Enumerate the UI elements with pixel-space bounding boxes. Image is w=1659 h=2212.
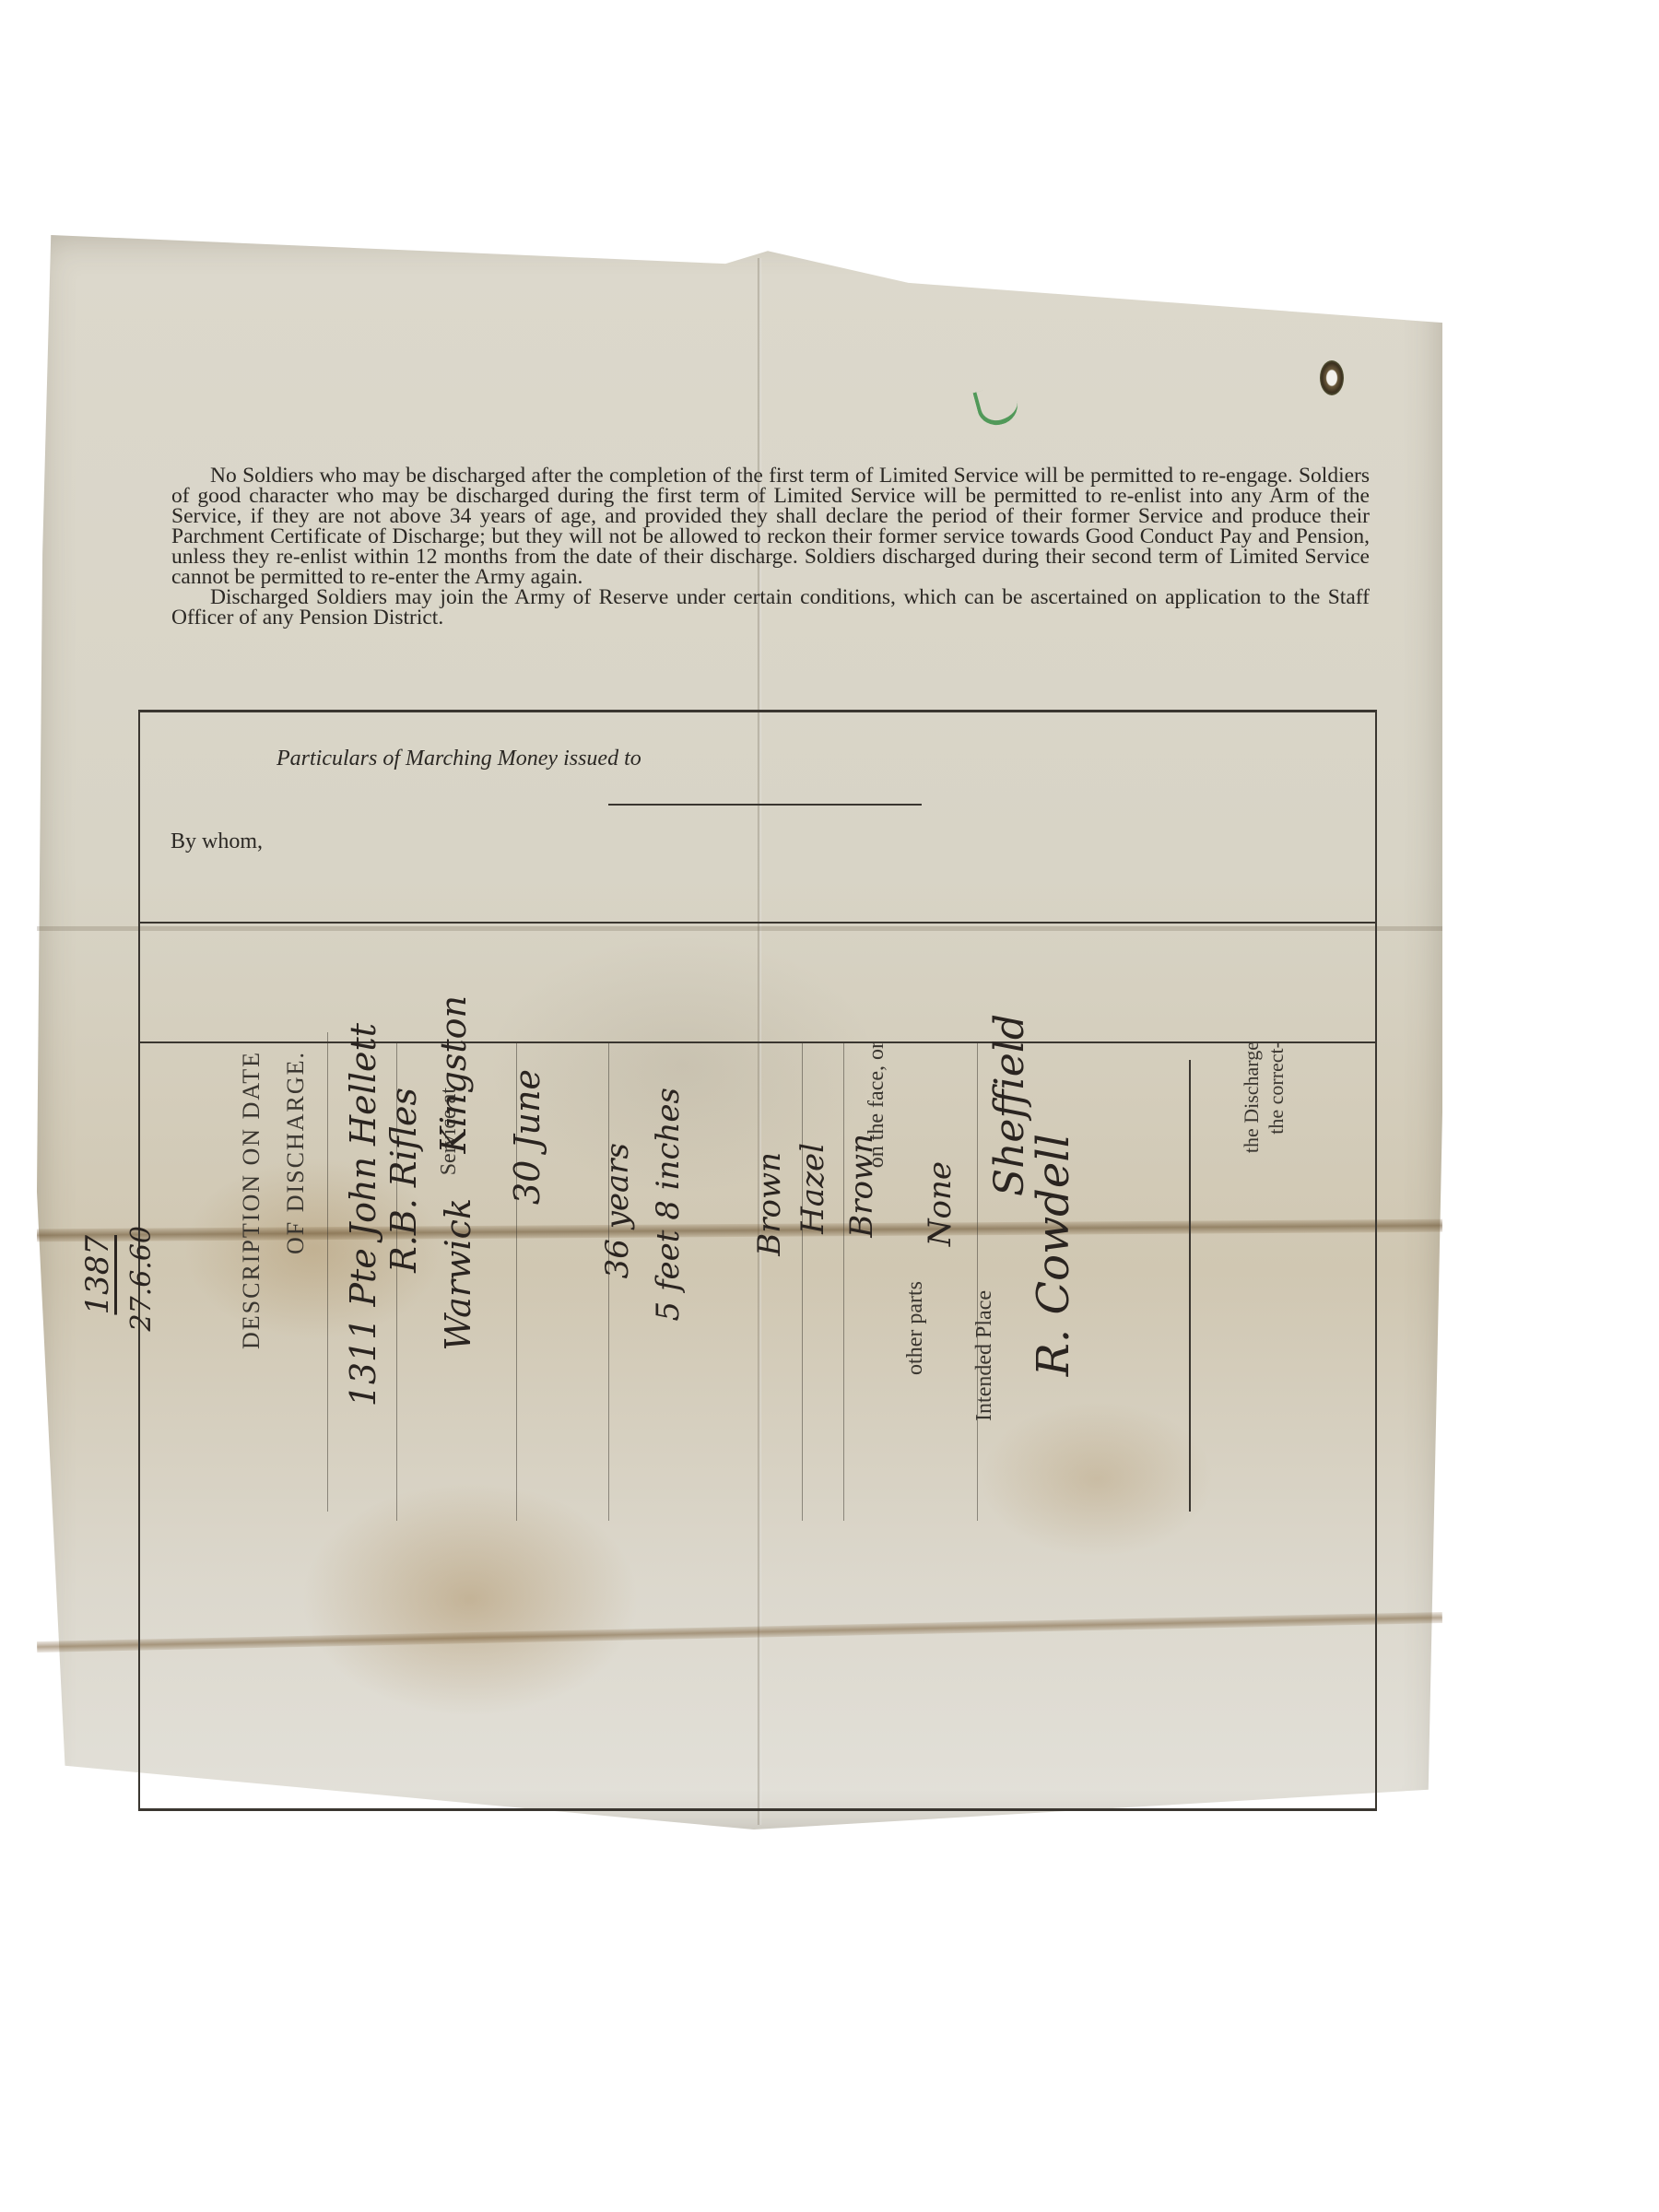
by-whom-label: By whom, xyxy=(171,829,263,854)
handwritten-margin-number: 1387 xyxy=(79,1235,116,1315)
correct-label: the correct- xyxy=(1265,1041,1288,1135)
form-border-box xyxy=(138,710,1377,1811)
marching-money-underline xyxy=(608,804,922,806)
other-parts-label: other parts xyxy=(903,1281,928,1375)
handwritten-height: 5 feet 8 inches xyxy=(650,1088,687,1321)
marching-money-title: Particulars of Marching Money issued to xyxy=(276,747,641,771)
handwritten-enlistment-date: 30 June xyxy=(507,1069,547,1205)
field-rule xyxy=(977,1041,978,1521)
field-rule xyxy=(802,1041,803,1521)
handwritten-hair: Brown xyxy=(843,1134,880,1238)
regulations-paragraph-2: Discharged Soldiers may join the Army of… xyxy=(171,587,1370,628)
printed-regulations: No Soldiers who may be discharged after … xyxy=(171,465,1370,628)
field-rule xyxy=(843,1041,844,1521)
handwritten-signature: R. Cowdell xyxy=(1028,1134,1079,1376)
field-rule xyxy=(608,1041,609,1521)
handwritten-marks: None xyxy=(922,1161,959,1246)
description-heading-1: DESCRIPTION ON DATE xyxy=(238,1051,265,1349)
marching-money-bottom-rule xyxy=(140,922,1375,924)
regulations-paragraph-1: No Soldiers who may be discharged after … xyxy=(171,465,1370,587)
handwritten-soldier-name: 1311 Pte John Hellett xyxy=(343,1023,383,1406)
handwritten-corps: R.B. Rifles xyxy=(383,1088,424,1273)
box-bottom-rule xyxy=(140,1808,1375,1811)
handwritten-intended-residence: Sheffield xyxy=(986,1014,1033,1196)
box-top-rule xyxy=(140,710,1375,712)
metal-eyelet-icon xyxy=(1320,360,1344,395)
description-heading-2: OF DISCHARGE. xyxy=(282,1051,310,1254)
handwritten-county: Warwick xyxy=(438,1198,478,1351)
field-rule-bold xyxy=(1189,1060,1191,1512)
field-rule xyxy=(327,1032,328,1512)
handwritten-enlistment-place: Kingston xyxy=(433,995,474,1153)
handwritten-eyes: Hazel xyxy=(794,1143,831,1234)
handwritten-margin-date: 27.6.60 xyxy=(125,1226,158,1332)
handwritten-complexion: Brown xyxy=(751,1152,788,1256)
description-top-rule xyxy=(140,1041,1375,1043)
handwritten-age: 36 years xyxy=(599,1143,636,1278)
discharge-label: the Discharge xyxy=(1240,1041,1264,1153)
